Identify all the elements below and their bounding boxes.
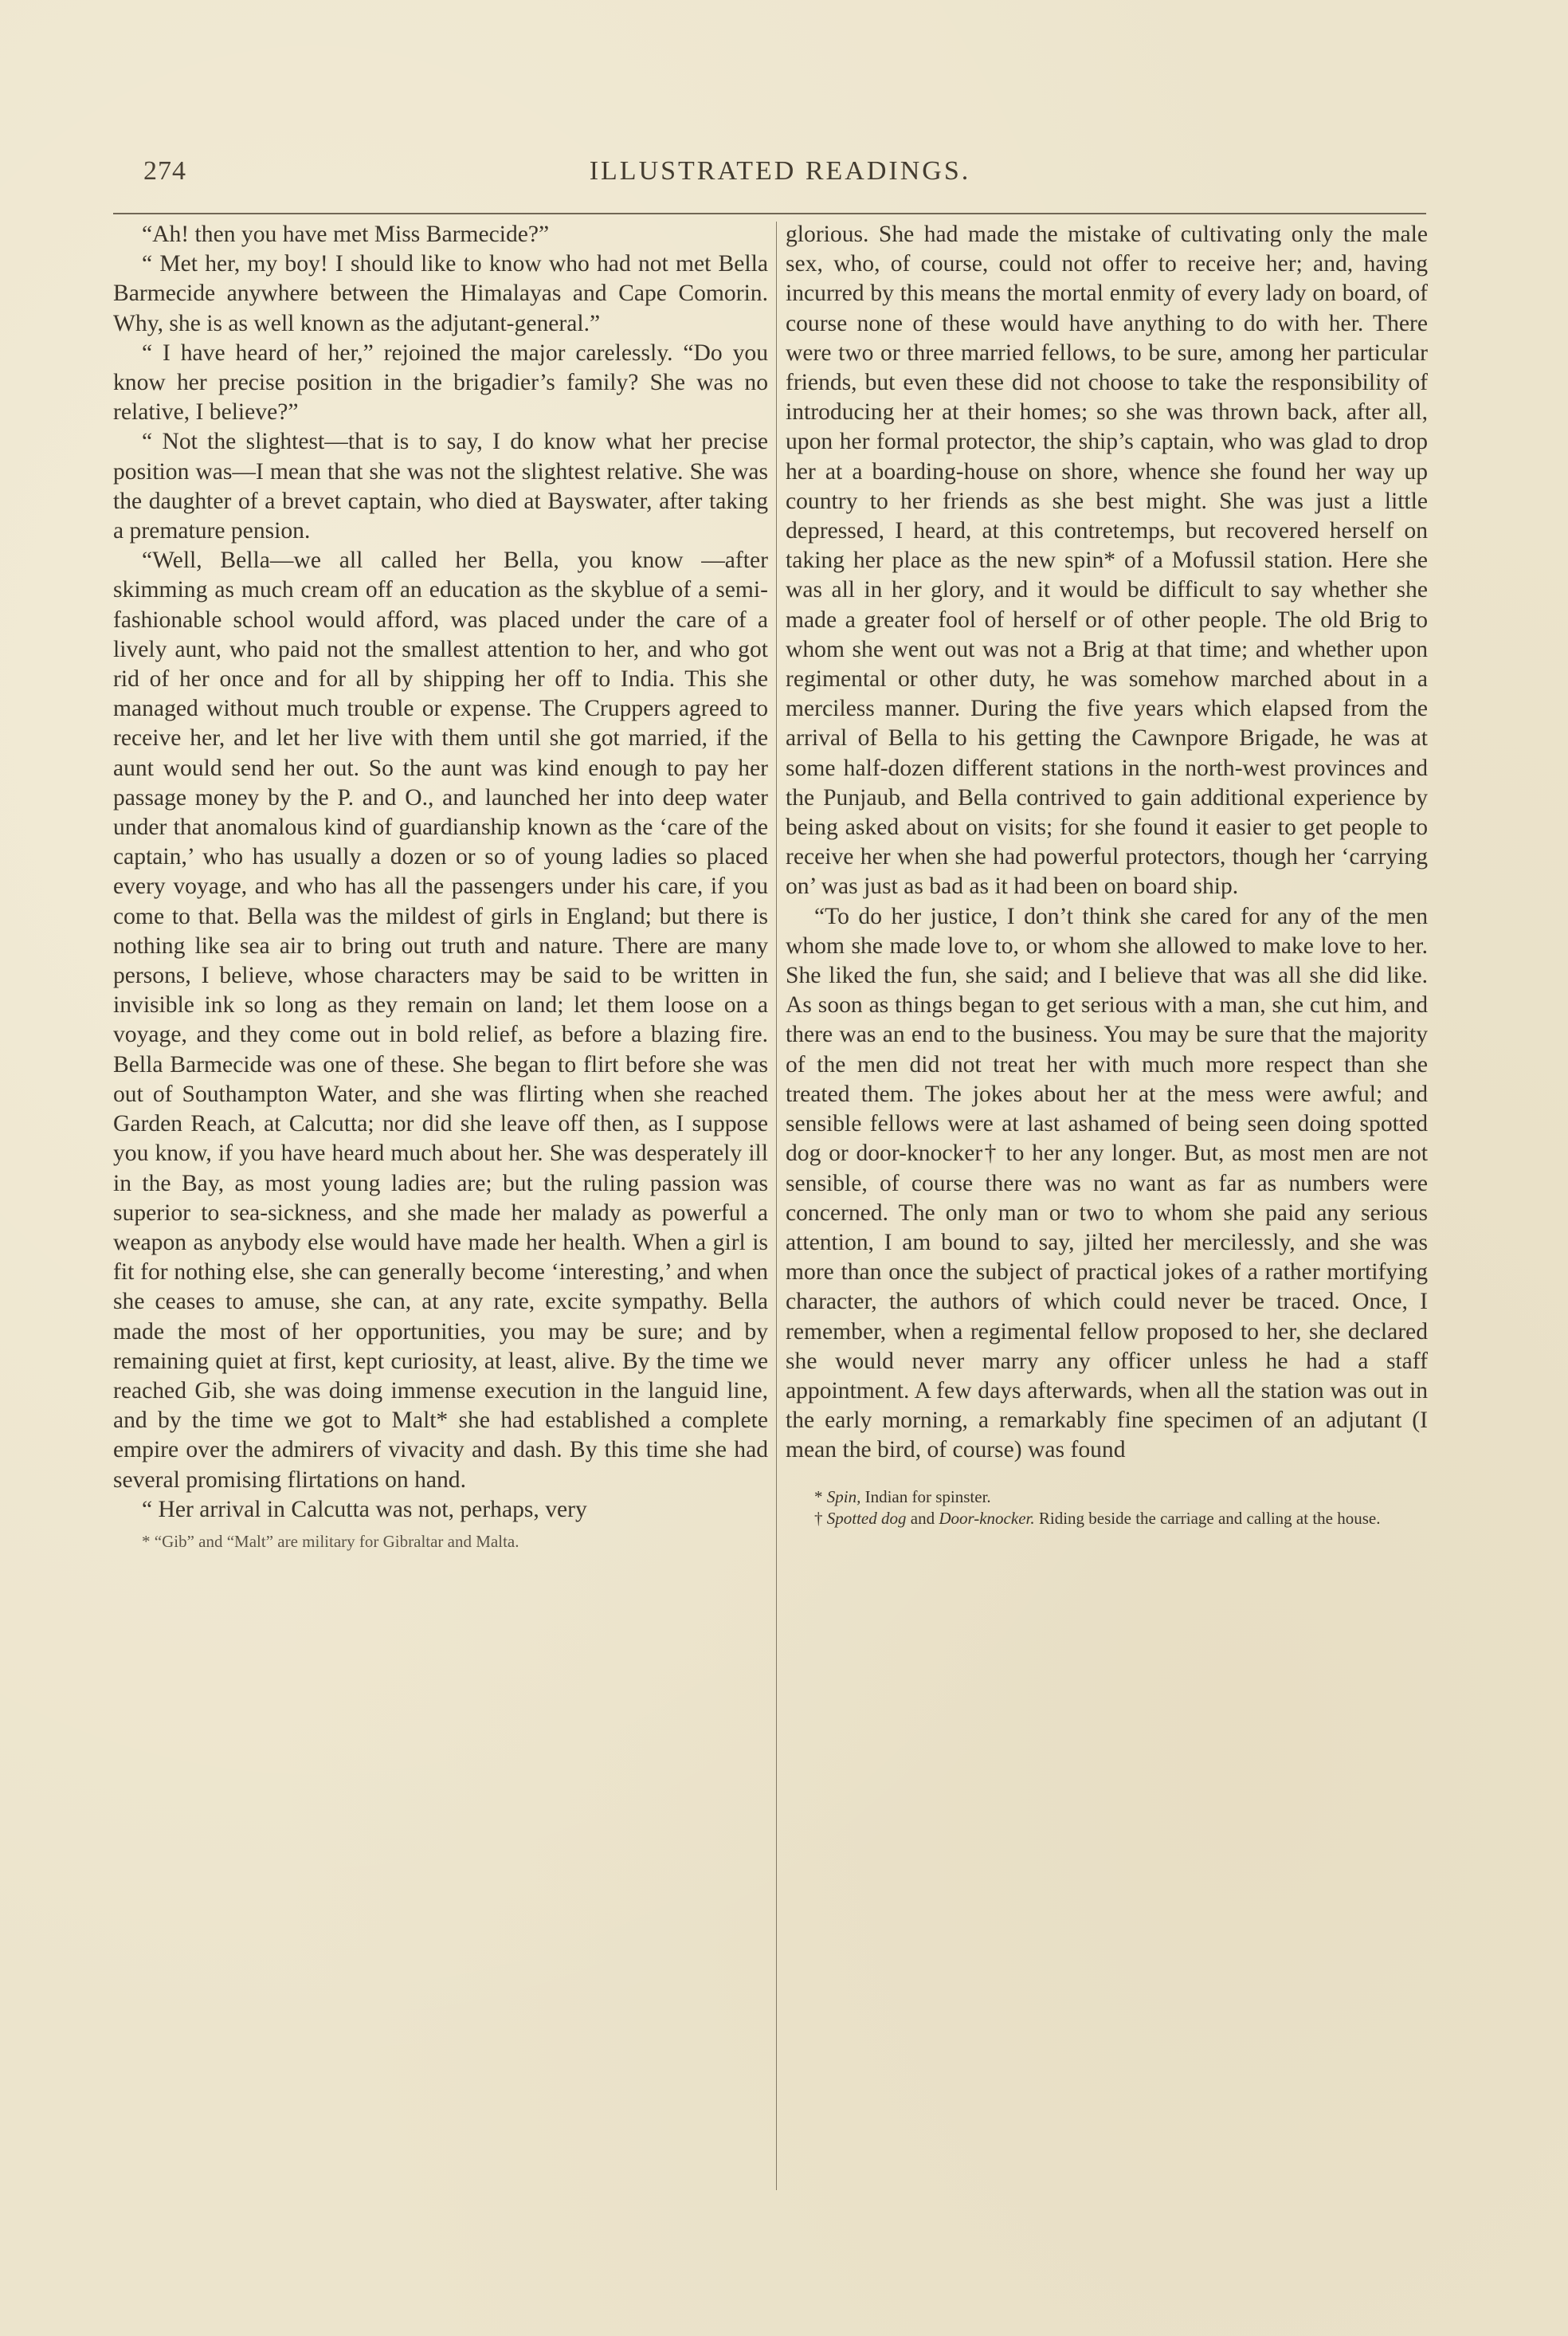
footnote-text: Riding beside the carriage and calling a…	[1035, 1509, 1381, 1528]
paragraph: “Well, Bella—we all called her Bella, yo…	[113, 546, 768, 1495]
footnote-term: Spin,	[827, 1487, 861, 1506]
paragraph: “ Met her, my boy! I should like to know…	[113, 249, 768, 339]
column-divider	[776, 222, 777, 2190]
paragraph: “Ah! then you have met Miss Barmecide?”	[113, 220, 768, 249]
paragraph: “To do her justice, I don’t think she ca…	[786, 902, 1428, 1466]
right-column: glorious. She had made the mistake of cu…	[786, 220, 1428, 1529]
footnote-term: Spotted dog	[827, 1509, 907, 1528]
footnote-spin: * Spin, Indian for spinster.	[786, 1486, 1428, 1508]
footnote-joiner: and	[907, 1509, 939, 1528]
footnote-marker: †	[814, 1509, 823, 1528]
footnote-text: Indian for spinster.	[860, 1487, 990, 1506]
paragraph: “ Her arrival in Calcutta was not, perha…	[113, 1495, 768, 1525]
header-rule	[113, 213, 1426, 214]
left-column: “Ah! then you have met Miss Barmecide?” …	[113, 220, 768, 1569]
footnote-term-2: Door-knocker.	[939, 1509, 1034, 1528]
footnote-gib-malt: * “Gib” and “Malt” are military for Gibr…	[113, 1531, 768, 1553]
paragraph: glorious. She had made the mistake of cu…	[786, 220, 1428, 902]
running-head: 274 ILLUSTRATED READINGS.	[134, 156, 1426, 196]
paragraph: “ Not the slightest—that is to say, I do…	[113, 427, 768, 546]
footnotes: * Spin, Indian for spinster. † Spotted d…	[786, 1486, 1428, 1529]
running-title: ILLUSTRATED READINGS.	[134, 156, 1426, 186]
book-page: 274 ILLUSTRATED READINGS. “Ah! then you …	[0, 0, 1568, 2336]
footnote-marker: *	[814, 1487, 823, 1506]
footnote-spotted-dog: † Spotted dog and Door-knocker. Riding b…	[786, 1508, 1428, 1529]
paragraph: “ I have heard of her,” rejoined the maj…	[113, 339, 768, 428]
